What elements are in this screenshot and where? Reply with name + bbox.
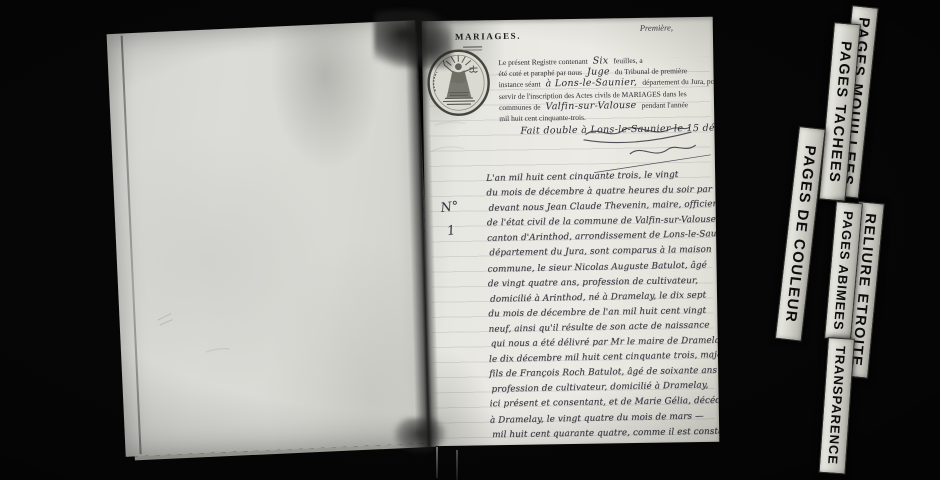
handwritten-insert: à Lons-le-Saunier,: [545, 77, 637, 89]
margin-number-label: N°: [440, 196, 482, 216]
printed-text: feuilles, a: [613, 56, 642, 65]
film-scratch: [456, 450, 458, 480]
page-margin-crease: [121, 35, 142, 454]
handwritten-insert: Valfin-sur-Valouse: [545, 100, 636, 112]
printed-text: du Tribunal de première: [615, 66, 687, 76]
printed-text: communes de: [499, 102, 541, 112]
act-text: L'an mil huit cent cinquante trois, le v…: [486, 168, 714, 443]
printed-text: Le présent Registre contenant: [498, 57, 587, 67]
right-page: MARIAGES. Première, Le présent Registre …: [422, 17, 720, 447]
left-page: [107, 20, 435, 457]
margin-number-value: 1: [446, 219, 482, 239]
printed-text: département du Jura, pour: [642, 77, 719, 87]
printed-text: pendant l'année: [641, 100, 688, 110]
signature-stroke: [585, 127, 689, 135]
film-scan: MARIAGES. Première, Le présent Registre …: [0, 0, 940, 480]
act-margin-number: N° 1: [440, 198, 481, 237]
condition-label-pages-de-couleur: PAGES DE COULEUR: [775, 126, 826, 342]
signature-flourish: [583, 132, 691, 143]
handwritten-insert: Six: [593, 55, 609, 66]
bleedthrough-marks: [149, 299, 242, 373]
ink-stain-bottom: [394, 418, 446, 454]
signature-stroke: [630, 145, 696, 154]
handwritten-insert: Juge: [587, 67, 610, 78]
printed-text: instance séant: [499, 80, 541, 90]
condition-label-transparence: TRANSPARENCE: [819, 337, 855, 475]
ink-stain-top: [374, 10, 452, 68]
film-scratch: [436, 447, 438, 478]
register-header: MARIAGES.: [455, 31, 521, 42]
header-rule: [463, 46, 482, 50]
corner-note: Première,: [640, 22, 673, 33]
printed-text: été coté et paraphé par nous: [498, 68, 582, 78]
